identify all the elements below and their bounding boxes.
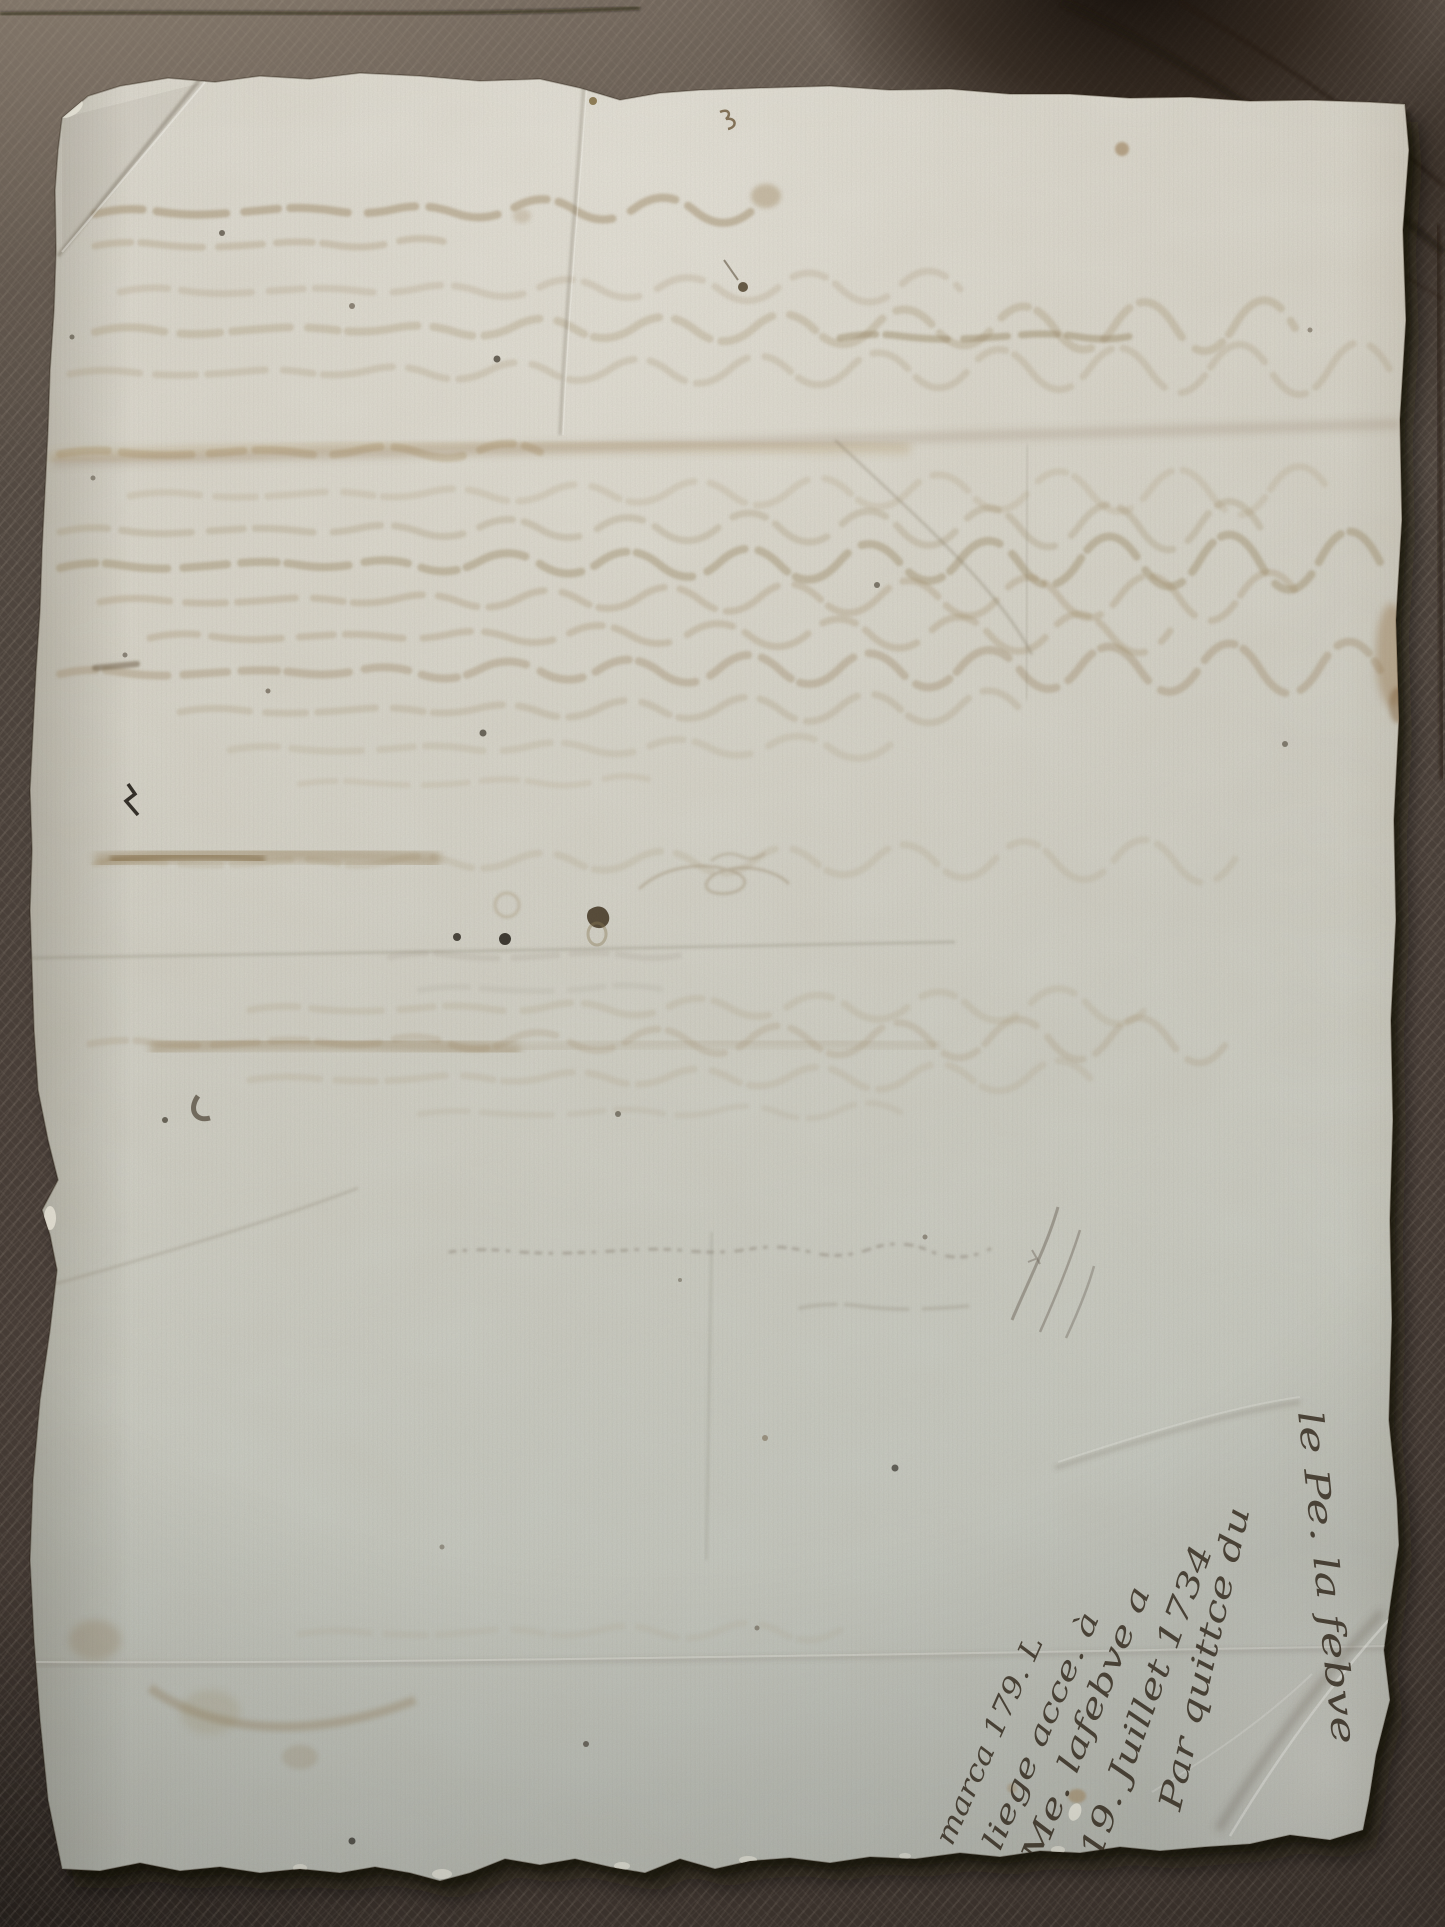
manuscript-photo: le Pe. la febve Par quittce du 19. Juill… <box>0 0 1445 1927</box>
photo-grain-overlay <box>0 0 1445 1927</box>
photo-scene: le Pe. la febve Par quittce du 19. Juill… <box>0 0 1445 1927</box>
